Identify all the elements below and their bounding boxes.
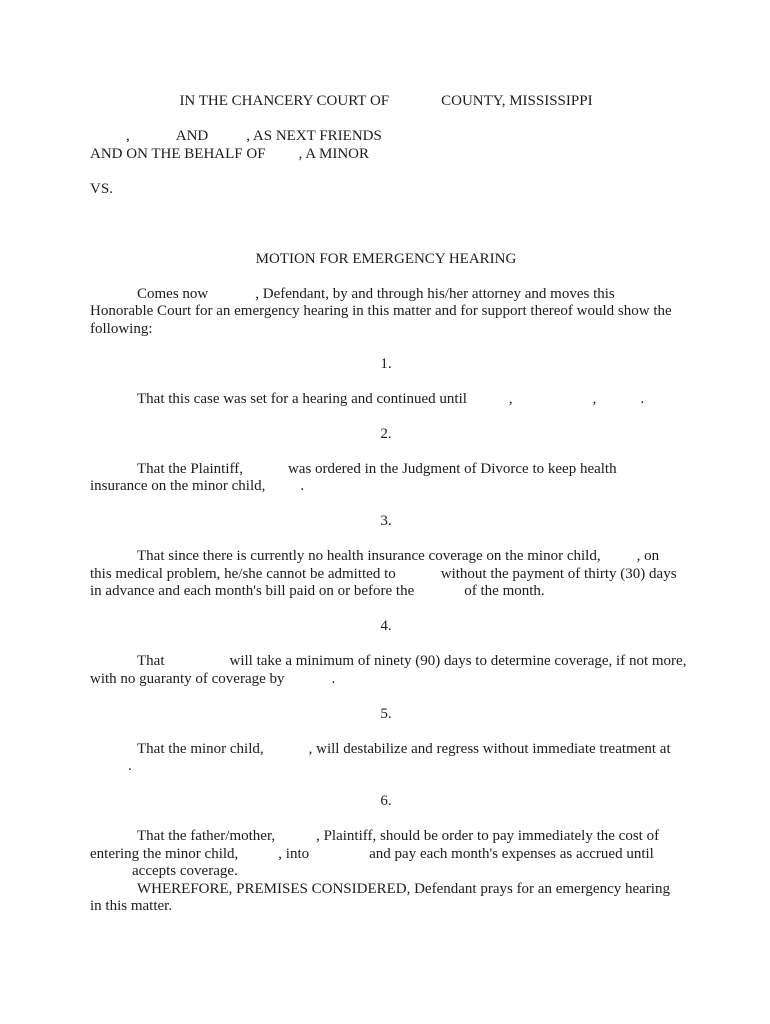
- blank-field: [208, 297, 255, 298]
- text-run: , Plaintiff, should be order to pay imme…: [316, 828, 659, 844]
- section-paragraph-1: That this case was set for a hearing and…: [90, 391, 682, 409]
- text-run: , into: [278, 846, 309, 862]
- text-run: .: [300, 478, 304, 494]
- blank-field: [264, 752, 309, 753]
- court-header: IN THE CHANCERY COURT OFCOUNTY, MISSISSI…: [90, 93, 682, 111]
- text-run: ,: [593, 391, 597, 407]
- text-run: in this matter.: [90, 898, 172, 914]
- text-line: AND ON THE BEHALF OF, A MINOR: [90, 146, 682, 164]
- text-line: That the father/mother,, Plaintiff, shou…: [90, 828, 682, 846]
- text-run: insurance on the minor child,: [90, 478, 265, 494]
- blank-field: [513, 402, 593, 403]
- text-line: WHEREFORE, PREMISES CONSIDERED, Defendan…: [90, 881, 682, 899]
- text-run: That the father/mother,: [137, 828, 275, 844]
- section-paragraph-4: Thatwill take a minimum of ninety (90) d…: [90, 653, 682, 688]
- text-line: accepts coverage.: [90, 863, 682, 881]
- blank-field: [90, 769, 128, 770]
- text-run: .: [128, 758, 132, 774]
- section-number-2: 2.: [90, 426, 682, 444]
- text-run: and pay each month's expenses as accrued…: [369, 846, 654, 862]
- text-line: in this matter.: [90, 898, 682, 916]
- text-run: AND: [176, 128, 209, 144]
- text-run: , on: [637, 548, 660, 564]
- section-paragraph-3: That since there is currently no health …: [90, 548, 682, 601]
- blank-field: [596, 402, 640, 403]
- section-number-3: 3.: [90, 513, 682, 531]
- text-run: in advance and each month's bill paid on…: [90, 583, 414, 599]
- text-run: , will destabilize and regress without i…: [309, 741, 671, 757]
- text-run: That the Plaintiff,: [137, 461, 243, 477]
- blank-field: [238, 857, 278, 858]
- blank-field: [90, 874, 132, 875]
- document-title: MOTION FOR EMERGENCY HEARING: [90, 251, 682, 269]
- text-run: WHEREFORE, PREMISES CONSIDERED, Defendan…: [137, 881, 670, 897]
- text-run: , AS NEXT FRIENDS: [246, 128, 382, 144]
- text-line: with no guaranty of coverage by.: [90, 671, 682, 689]
- blank-field: [396, 577, 441, 578]
- case-caption: ,AND, AS NEXT FRIENDSAND ON THE BEHALF O…: [90, 128, 682, 163]
- text-line: That the Plaintiff,was ordered in the Ju…: [90, 461, 682, 479]
- blank-field: [266, 157, 299, 158]
- section-number-6: 6.: [90, 793, 682, 811]
- text-run: IN THE CHANCERY COURT OF: [179, 93, 389, 109]
- blank-field: [90, 139, 126, 140]
- text-line: Comes now, Defendant, by and through his…: [90, 286, 682, 304]
- text-line: Honorable Court for an emergency hearing…: [90, 303, 682, 321]
- text-line: That this case was set for a hearing and…: [90, 391, 682, 409]
- text-line: insurance on the minor child,.: [90, 478, 682, 496]
- text-run: was ordered in the Judgment of Divorce t…: [288, 461, 617, 477]
- section-paragraph-5: That the minor child,, will destabilize …: [90, 741, 682, 776]
- text-run: , Defendant, by and through his/her atto…: [255, 286, 615, 302]
- blank-field: [601, 559, 637, 560]
- text-run: accepts coverage.: [132, 863, 238, 879]
- blank-field: [309, 857, 369, 858]
- blank-field: [165, 664, 230, 665]
- text-line: Thatwill take a minimum of ninety (90) d…: [90, 653, 682, 671]
- text-line: That the minor child,, will destabilize …: [90, 741, 682, 759]
- text-run: will take a minimum of ninety (90) days …: [230, 653, 687, 669]
- text-run: AND ON THE BEHALF OF: [90, 146, 266, 162]
- blank-field: [243, 472, 288, 473]
- section-paragraph-2: That the Plaintiff,was ordered in the Ju…: [90, 461, 682, 496]
- text-run: Honorable Court for an emergency hearing…: [90, 303, 672, 319]
- text-run: COUNTY, MISSISSIPPI: [441, 93, 592, 109]
- section-number-5: 5.: [90, 706, 682, 724]
- text-run: this medical problem, he/she cannot be a…: [90, 566, 396, 582]
- text-run: without the payment of thirty (30) days: [441, 566, 677, 582]
- section-paragraph-6: That the father/mother,, Plaintiff, shou…: [90, 828, 682, 916]
- text-run: That: [137, 653, 165, 669]
- section-number-1: 1.: [90, 356, 682, 374]
- text-run: That since there is currently no health …: [137, 548, 601, 564]
- section-number-4: 4.: [90, 618, 682, 636]
- text-line: this medical problem, he/she cannot be a…: [90, 566, 682, 584]
- blank-field: [275, 839, 316, 840]
- text-run: That this case was set for a hearing and…: [137, 391, 467, 407]
- text-run: ,: [509, 391, 513, 407]
- document-page: IN THE CHANCERY COURT OFCOUNTY, MISSISSI…: [0, 0, 770, 1024]
- text-line: That since there is currently no health …: [90, 548, 682, 566]
- text-run: ,: [126, 128, 130, 144]
- text-run: with no guaranty of coverage by: [90, 671, 285, 687]
- text-line: ,AND, AS NEXT FRIENDS: [90, 128, 682, 146]
- blank-field: [414, 594, 464, 595]
- text-run: .: [640, 391, 644, 407]
- blank-field: [285, 682, 332, 683]
- blank-field: [389, 104, 441, 105]
- text-run: , A MINOR: [299, 146, 369, 162]
- text-run: .: [332, 671, 336, 687]
- text-line: in advance and each month's bill paid on…: [90, 583, 682, 601]
- blank-field: [467, 402, 509, 403]
- text-run: of the month.: [464, 583, 544, 599]
- text-line: entering the minor child,, intoand pay e…: [90, 846, 682, 864]
- text-run: entering the minor child,: [90, 846, 238, 862]
- blank-field: [130, 139, 176, 140]
- text-run: That the minor child,: [137, 741, 264, 757]
- text-line: IN THE CHANCERY COURT OFCOUNTY, MISSISSI…: [90, 93, 682, 111]
- text-run: following:: [90, 321, 153, 337]
- vs-label: VS.: [90, 181, 682, 199]
- blank-field: [208, 139, 246, 140]
- intro-paragraph: Comes now, Defendant, by and through his…: [90, 286, 682, 339]
- text-line: .: [90, 758, 682, 776]
- blank-field: [265, 489, 300, 490]
- text-line: following:: [90, 321, 682, 339]
- text-run: Comes now: [137, 286, 208, 302]
